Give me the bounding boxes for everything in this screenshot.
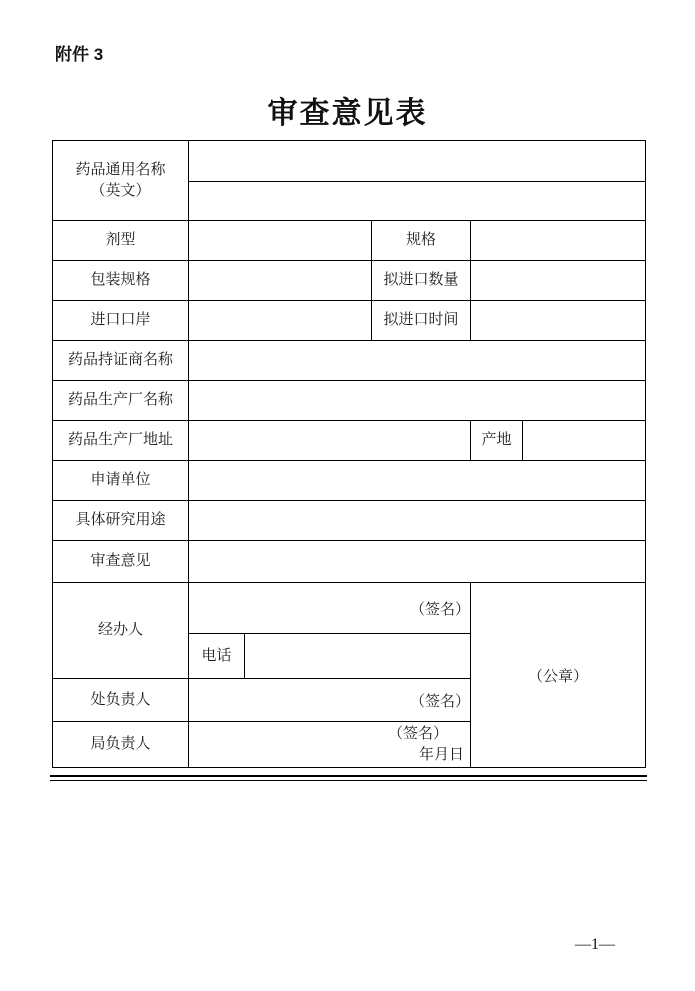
- form-table-container: 药品通用名称 （英文） 剂型 规格 包装规格 拟进口数量: [52, 140, 645, 781]
- manufacturer-name-value-cell: [189, 381, 646, 421]
- row-research-purpose: 具体研究用途: [53, 501, 646, 541]
- division-head-signature-cell: （签名）: [189, 679, 471, 722]
- official-seal-cell: （公章）: [471, 583, 646, 768]
- row-manufacturer-address: 药品生产厂地址 产地: [53, 421, 646, 461]
- packaging-spec-value-cell: [189, 261, 372, 301]
- packaging-spec-label: 包装规格: [53, 261, 189, 301]
- page-number: —1—: [575, 936, 615, 954]
- bureau-head-signature-cell: （签名） 年月日: [189, 722, 471, 768]
- specification-label: 规格: [372, 221, 471, 261]
- manufacturer-address-label: 药品生产厂地址: [53, 421, 189, 461]
- specific-research-purpose-label: 具体研究用途: [53, 501, 189, 541]
- manufacturer-name-label: 药品生产厂名称: [53, 381, 189, 421]
- attachment-label: 附件 3: [55, 40, 103, 65]
- review-opinion-form-table: 药品通用名称 （英文） 剂型 规格 包装规格 拟进口数量: [52, 140, 646, 768]
- origin-value-cell: [523, 421, 646, 461]
- generic-name-label-line1: 药品通用名称: [53, 160, 188, 181]
- manufacturer-address-value-cell: [189, 421, 471, 461]
- review-opinion-value-cell: [189, 541, 646, 583]
- row-manufacturer-name: 药品生产厂名称: [53, 381, 646, 421]
- phone-label: 电话: [189, 634, 245, 679]
- row-handler-signature: 经办人 （签名） （公章）: [53, 583, 646, 634]
- row-review-opinion: 审查意见: [53, 541, 646, 583]
- generic-name-label: 药品通用名称 （英文）: [53, 141, 189, 221]
- dosage-form-label: 剂型: [53, 221, 189, 261]
- dosage-form-value-cell: [189, 221, 372, 261]
- bureau-head-signature-hint: （签名）: [388, 724, 448, 745]
- bureau-head-date-hint: 年月日: [419, 745, 464, 766]
- license-holder-name-value-cell: [189, 341, 646, 381]
- row-license-holder: 药品持证商名称: [53, 341, 646, 381]
- specification-value-cell: [471, 221, 646, 261]
- planned-import-time-value-cell: [471, 301, 646, 341]
- generic-name-value-cell-top: [189, 141, 646, 182]
- planned-import-quantity-value-cell: [471, 261, 646, 301]
- footer-double-rule: [50, 775, 647, 781]
- row-packaging-spec: 包装规格 拟进口数量: [53, 261, 646, 301]
- applicant-unit-label: 申请单位: [53, 461, 189, 501]
- review-opinion-label: 审查意见: [53, 541, 189, 583]
- planned-import-time-label: 拟进口时间: [372, 301, 471, 341]
- origin-label: 产地: [471, 421, 523, 461]
- handler-label: 经办人: [53, 583, 189, 679]
- license-holder-name-label: 药品持证商名称: [53, 341, 189, 381]
- division-head-label: 处负责人: [53, 679, 189, 722]
- row-generic-name: 药品通用名称 （英文）: [53, 141, 646, 182]
- specific-research-purpose-value-cell: [189, 501, 646, 541]
- row-applicant-unit: 申请单位: [53, 461, 646, 501]
- handler-signature-cell: （签名）: [189, 583, 471, 634]
- bureau-head-label: 局负责人: [53, 722, 189, 768]
- phone-value-cell: [245, 634, 471, 679]
- generic-name-value-cell-bottom: [189, 182, 646, 221]
- generic-name-label-line2: （英文）: [53, 181, 188, 202]
- document-page: 附件 3 审查意见表 药品通用名称 （英文）: [0, 0, 695, 991]
- import-port-value-cell: [189, 301, 372, 341]
- row-dosage-form: 剂型 规格: [53, 221, 646, 261]
- import-port-label: 进口口岸: [53, 301, 189, 341]
- row-import-port: 进口口岸 拟进口时间: [53, 301, 646, 341]
- page-title: 审查意见表: [0, 88, 695, 132]
- applicant-unit-value-cell: [189, 461, 646, 501]
- planned-import-quantity-label: 拟进口数量: [372, 261, 471, 301]
